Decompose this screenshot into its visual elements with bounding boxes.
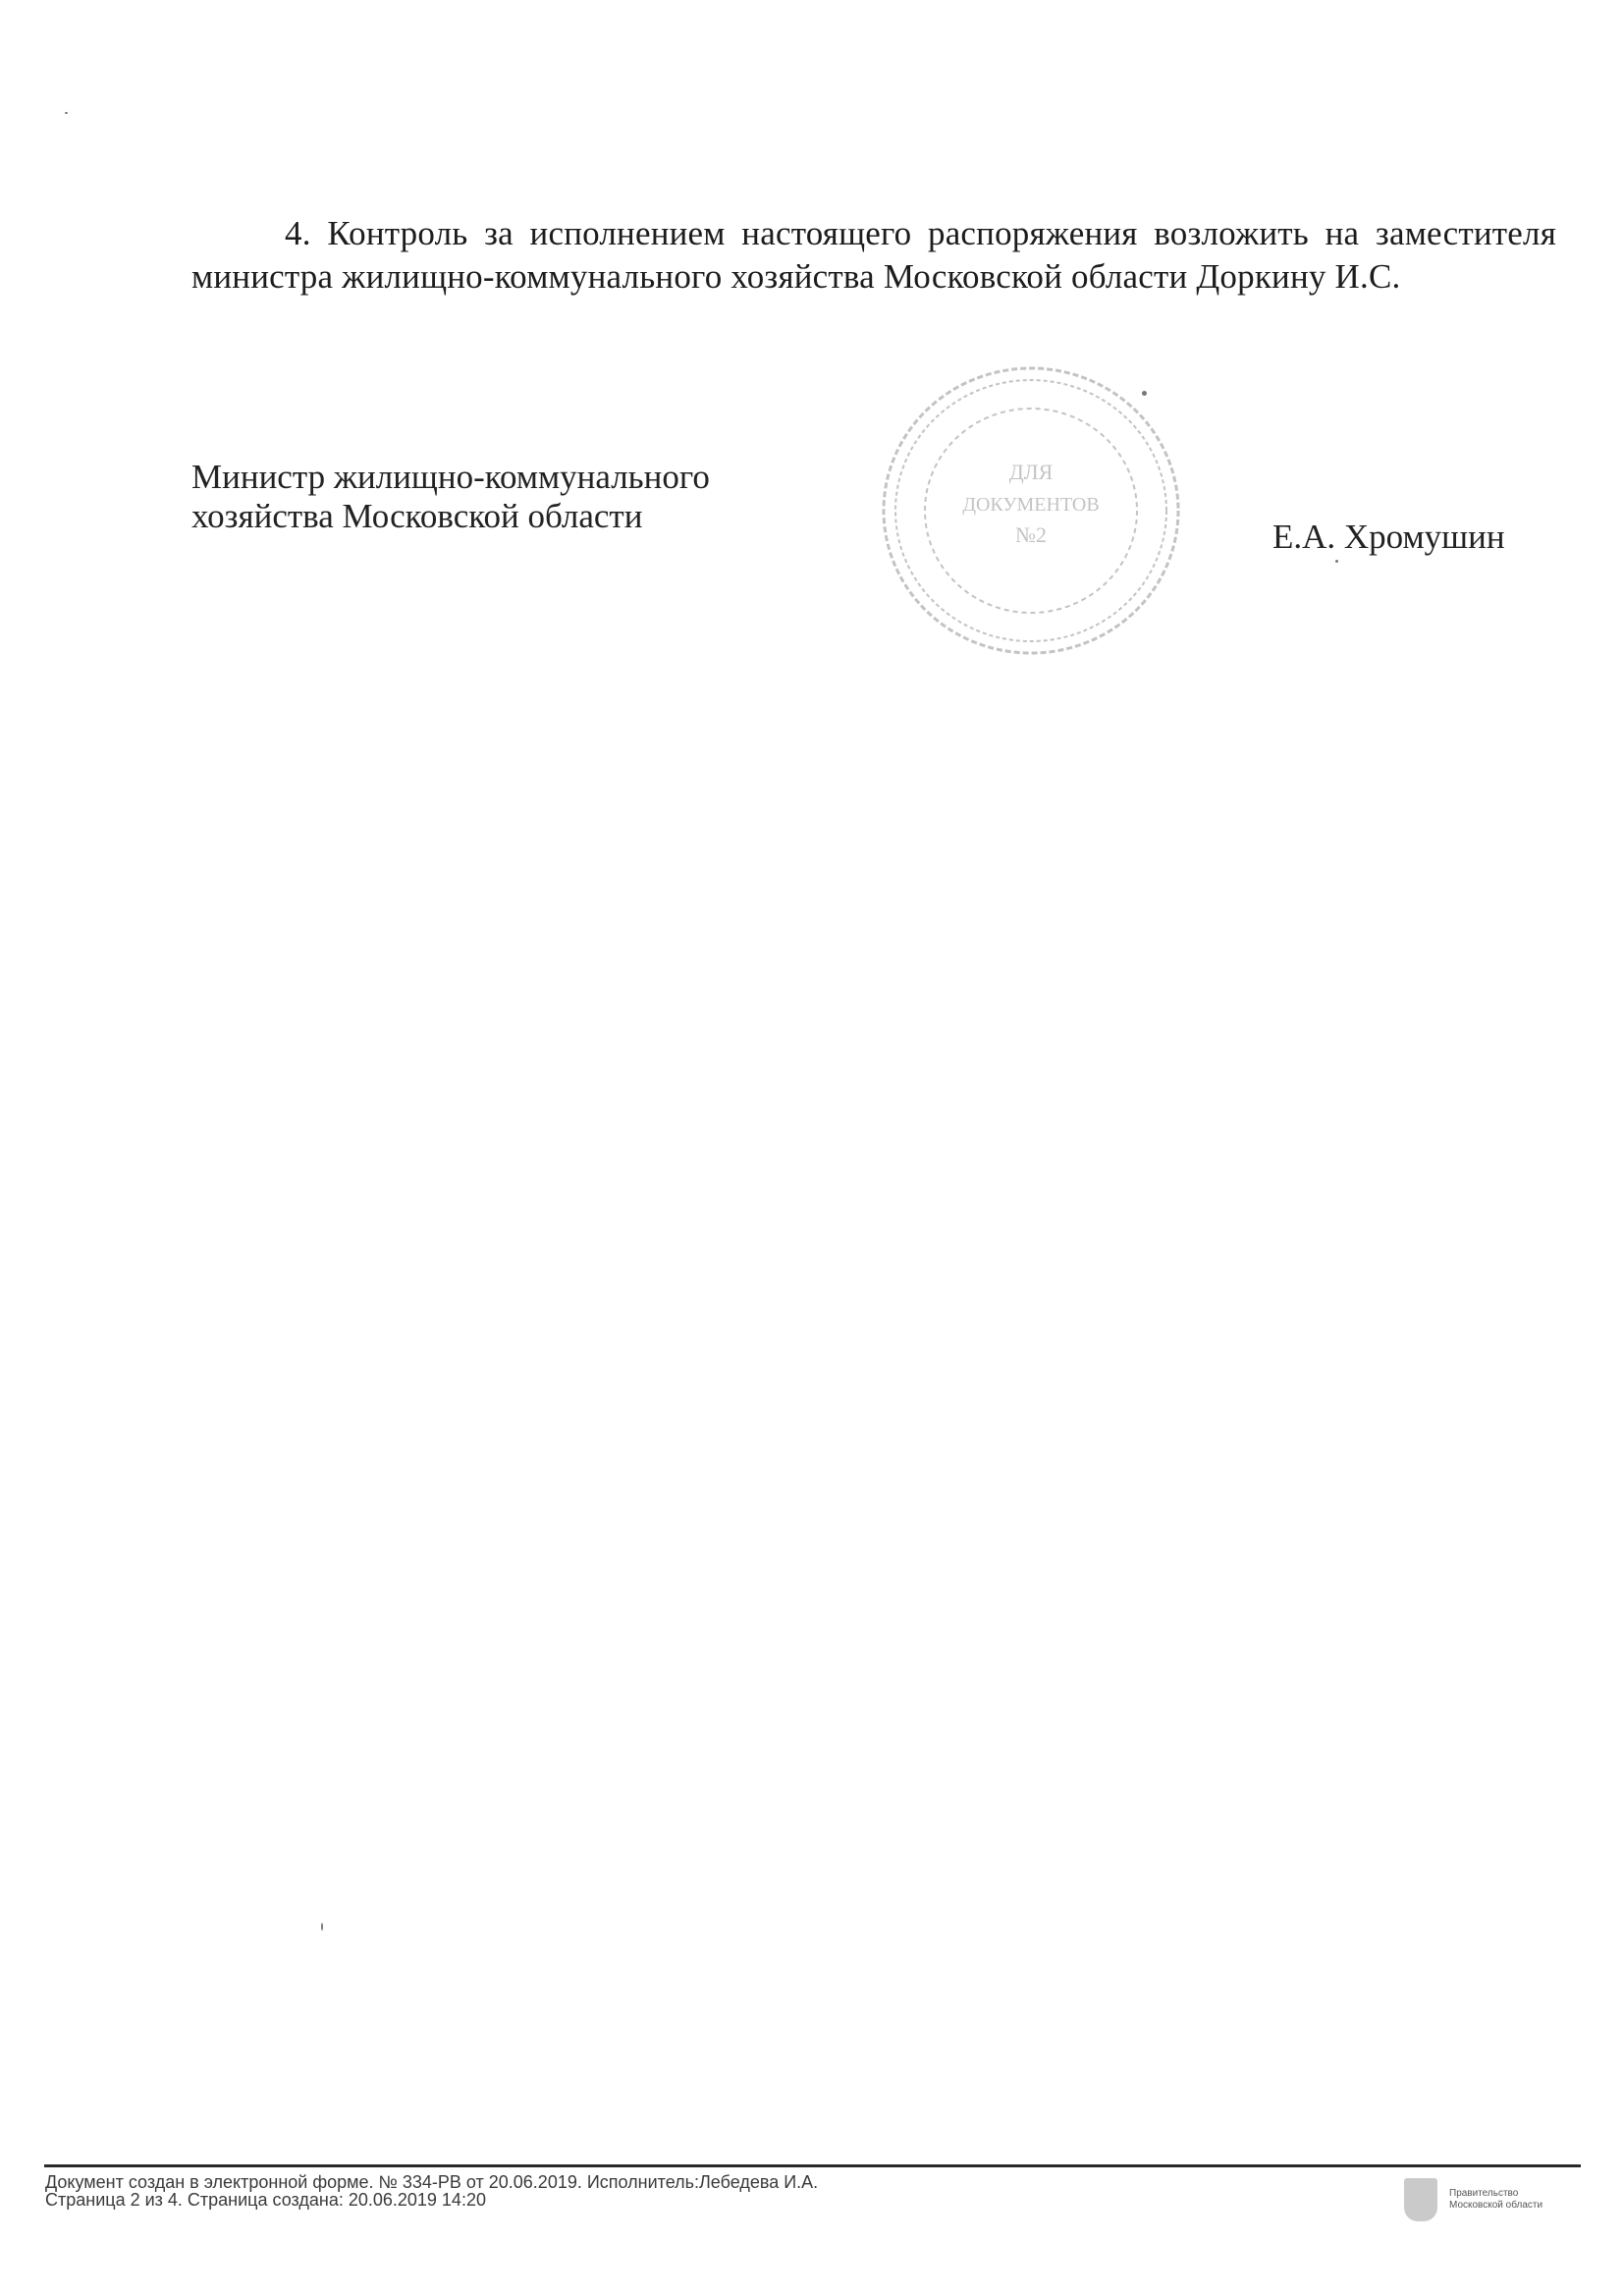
footer-org-line2: Московской области: [1449, 2200, 1542, 2212]
paragraph-number: 4.: [285, 214, 311, 252]
signatory-title-line2: хозяйства Московской области: [191, 497, 710, 536]
paragraph-text: Контроль за исполнением настоящего распо…: [191, 214, 1556, 296]
footer-org-logo: Правительство Московской области: [1404, 2178, 1542, 2221]
footer-line2: Страница 2 из 4. Страница создана: 20.06…: [45, 2191, 818, 2209]
seal-line2: ДОКУМЕНТОВ: [962, 494, 1099, 516]
signatory-title-line1: Министр жилищно-коммунального: [191, 458, 710, 497]
coat-of-arms-icon: [1404, 2178, 1437, 2221]
seal-line1: ДЛЯ: [1009, 460, 1054, 484]
paragraph-4: 4. Контроль за исполнением настоящего ра…: [191, 212, 1556, 299]
scan-speck: [1335, 560, 1338, 563]
footer-line1: Документ создан в электронной форме. № 3…: [45, 2173, 818, 2191]
signatory-name: Е.А. Хромушин: [1272, 518, 1505, 557]
footer-divider: [44, 2164, 1581, 2167]
footer-org-line1: Правительство: [1449, 2188, 1542, 2200]
signatory-title: Министр жилищно-коммунального хозяйства …: [191, 458, 710, 536]
footer-org-name: Правительство Московской области: [1449, 2188, 1542, 2212]
official-seal: ДЛЯ ДОКУМЕНТОВ №2: [879, 363, 1183, 658]
scan-speck: [65, 112, 68, 114]
seal-stamp-icon: ДЛЯ ДОКУМЕНТОВ №2: [879, 363, 1183, 658]
seal-line3: №2: [1015, 522, 1047, 547]
scan-speck: [321, 1923, 323, 1931]
footer-info: Документ создан в электронной форме. № 3…: [45, 2173, 818, 2209]
scan-speck: [1142, 391, 1147, 396]
